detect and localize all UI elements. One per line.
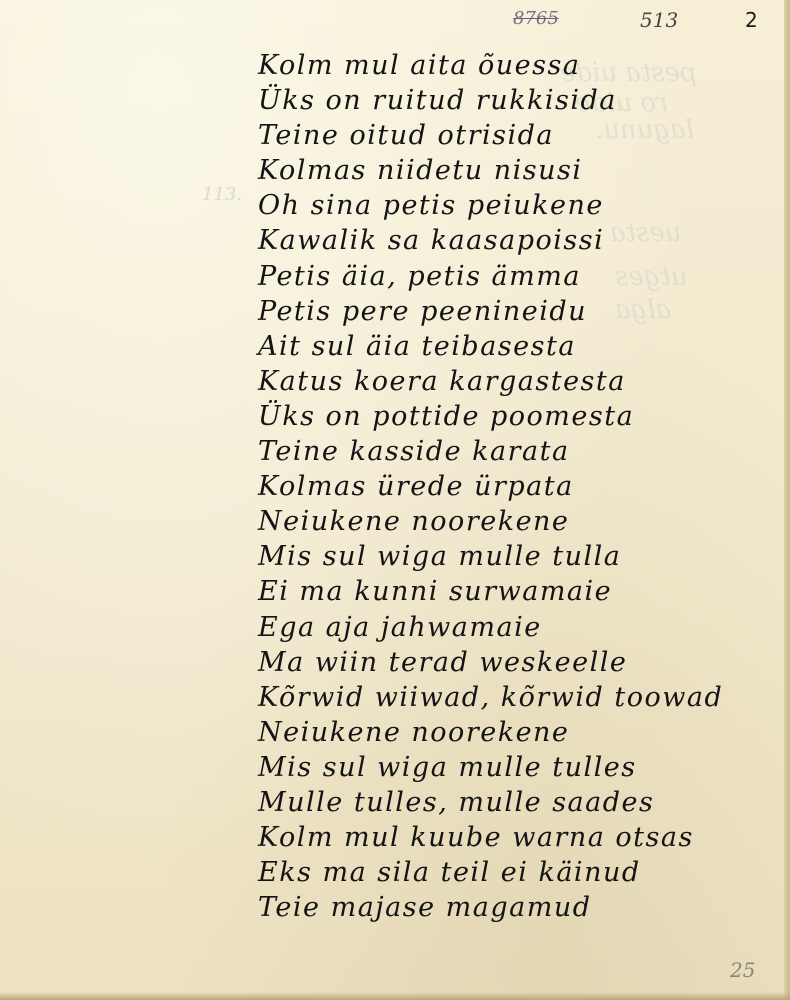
- poem-line: Üks on pottide poomesta: [258, 399, 688, 434]
- poem-line: Kolm mul kuube warna otsas: [258, 820, 688, 855]
- poem-line: Katus koera kargastesta: [258, 364, 688, 399]
- poem-line: Teine oitud otrisida: [258, 118, 688, 153]
- poem-line: Eks ma sila teil ei käinud: [258, 855, 688, 890]
- poem-line: Kolm mul aita õuessa: [258, 48, 688, 83]
- poem-line: Kolmas niidetu nisusi: [258, 153, 688, 188]
- archive-number: 513: [640, 8, 678, 32]
- poem-line: Mulle tulles, mulle saades: [258, 785, 688, 820]
- poem-line: Kawalik sa kaasapoissi: [258, 223, 688, 258]
- poem-line: Mis sul wiga mulle tulles: [258, 750, 688, 785]
- poem-line: Petis äia, petis ämma: [258, 259, 688, 294]
- poem-line: Petis pere peenineidu: [258, 294, 688, 329]
- poem-line: Oh sina petis peiukene: [258, 188, 688, 223]
- old-catalog-number: 8765: [513, 8, 559, 29]
- poem-line: Teine kasside karata: [258, 434, 688, 469]
- poem-line: Kolmas ürede ürpata: [258, 469, 688, 504]
- poem-line: Teie majase magamud: [258, 890, 688, 925]
- manuscript-page: pesta uide ro uide lagunu. uesta utges a…: [0, 0, 790, 1000]
- poem-line: Ait sul äia teibasesta: [258, 329, 688, 364]
- poem-line: Ma wiin terad weskeelle: [258, 645, 688, 680]
- poem-text: Kolm mul aita õuessa Üks on ruitud rukki…: [258, 48, 688, 925]
- poem-line: Üks on ruitud rukkisida: [258, 83, 688, 118]
- poem-line: Kõrwid wiiwad, kõrwid toowad: [258, 680, 688, 715]
- poem-line: Ei ma kunni surwamaie: [258, 574, 688, 609]
- page-edge-bottom: [0, 992, 790, 1000]
- page-edge-right: [784, 0, 790, 1000]
- poem-line: Ega aja jahwamaie: [258, 610, 688, 645]
- poem-line: Neiukene noorekene: [258, 715, 688, 750]
- poem-line: Mis sul wiga mulle tulla: [258, 539, 688, 574]
- bleed-through-number: 113.: [202, 184, 242, 205]
- pencil-note: 25: [730, 958, 755, 982]
- page-number: 2: [745, 8, 758, 32]
- poem-line: Neiukene noorekene: [258, 504, 688, 539]
